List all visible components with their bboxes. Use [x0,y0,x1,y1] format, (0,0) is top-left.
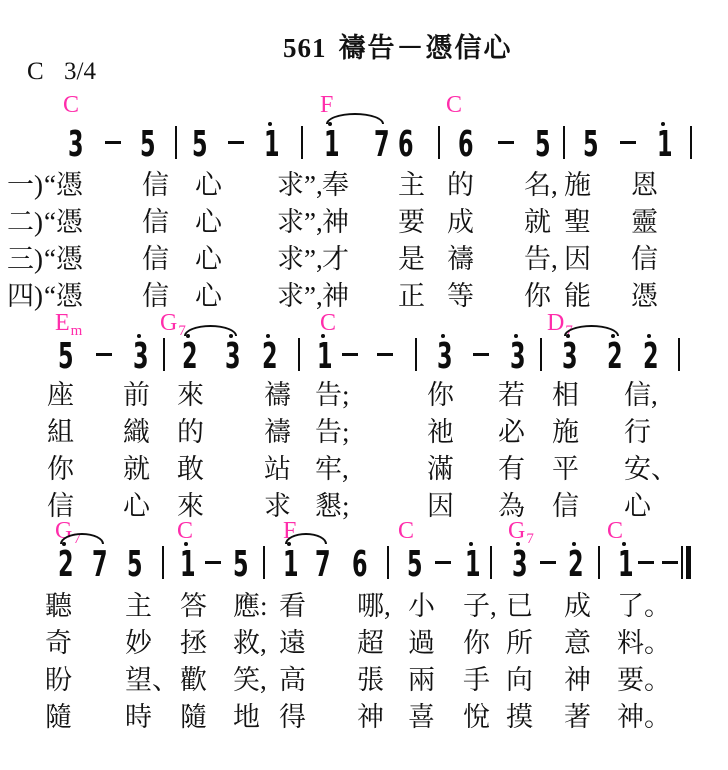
lyric-token: 隨 [45,703,72,731]
lyric-token: 信 [552,492,579,520]
slur-arc [184,325,237,336]
lyric-token: 兩 [408,666,435,694]
bar-line [563,126,565,159]
lyric-token: 的 [177,418,204,446]
lyric-token: 施 [564,171,591,199]
lyric-token: 奉 [322,171,349,199]
octave-dot [321,334,325,338]
note-digit: 7 [92,547,108,583]
lyric-token: 摸 [506,703,533,731]
lyric-token: 恩 [631,171,658,199]
bar-line [690,126,692,159]
chord-label: C [446,93,462,117]
lyric-token: 正 [398,282,425,310]
lyric-token: 得 [279,703,306,731]
lyric-token: 應: [233,592,268,620]
note-digit: 1 [264,127,280,163]
bar-line [162,546,164,579]
lyric-token: 為 [498,492,525,520]
lyric-token: 心 [195,171,222,199]
lyric-token: 成 [447,208,474,236]
hymn-number: 561 [283,33,327,63]
duration-dash [540,561,556,564]
lyric-token: 你 [463,629,490,657]
lyric-token: 站 [264,455,291,483]
lyric-token: 求”, [277,171,323,199]
lyric-token: 必 [498,418,525,446]
octave-dot [137,334,141,338]
lyric-token: 就 [524,208,551,236]
octave-dot [441,334,445,338]
chord-root: G [508,518,525,544]
lyric-token: 等 [447,282,474,310]
note-digit: 3 [225,339,241,375]
lyric-token: 子, [463,592,497,620]
duration-dash [498,141,514,144]
duration-dash [342,353,358,356]
lyric-token: 手 [463,666,490,694]
note-digit: 1 [317,339,333,375]
bar-line [298,338,300,371]
note-digit: 2 [58,547,74,583]
chord-root: C [398,518,414,544]
bar-line [301,126,303,159]
bar-line [263,546,265,579]
octave-dot [647,334,651,338]
lyric-token: “憑 [44,171,83,199]
slur-arc [326,113,384,124]
lyric-token: 聖 [564,208,591,236]
lyric-token: 安、 [624,455,678,483]
lyric-token: 答 [180,592,207,620]
lyric-token: “憑 [44,245,83,273]
lyric-token: 笑, [233,666,267,694]
lyric-token: 料。 [617,629,671,657]
lyric-token: 名, [524,171,558,199]
lyric-token: 望、 [125,666,179,694]
lyric-token: 四) [7,282,43,310]
lyric-token: 憑 [631,282,658,310]
octave-dot [184,542,188,546]
lyric-token: 是 [398,245,425,273]
lyric-token: 信, [624,381,658,409]
lyric-token: 奇 [45,629,72,657]
lyric-token: 神 [564,666,591,694]
lyric-token: 歡 [180,666,207,694]
lyric-token: 著 [564,703,591,731]
note-digit: 5 [407,547,423,583]
chord-root: D [547,310,564,336]
lyric-token: 祂 [427,418,454,446]
lyric-token: 主 [125,592,152,620]
lyric-token: 能 [564,282,591,310]
lyric-token: 若 [498,381,525,409]
lyric-token: 心 [195,208,222,236]
bar-line [415,338,417,371]
chord-label: C [177,519,193,543]
note-digit: 1 [324,127,340,163]
note-digit: 3 [562,339,578,375]
time-signature: 3/4 [64,58,96,86]
key-letter: C [27,58,44,86]
note-digit: 2 [262,339,278,375]
lyric-token: 施 [552,418,579,446]
bar-line [490,546,492,579]
octave-dot [514,334,518,338]
lyric-token: 敢 [177,455,204,483]
lyric-token: 哪, [357,592,391,620]
duration-dash [105,141,121,144]
duration-dash [96,353,112,356]
octave-dot [268,122,272,126]
chord-root: G [160,310,177,336]
note-digit: 7 [374,127,390,163]
lyric-token: 求”, [277,245,323,273]
octave-dot [572,542,576,546]
lyric-token: 時 [125,703,152,731]
note-digit: 7 [315,547,331,583]
lyric-token: 你 [47,455,74,483]
lyric-token: 告; [315,418,350,446]
lyric-token: 主 [398,171,425,199]
lyric-token: 神。 [617,703,671,731]
note-digit: 2 [182,339,198,375]
lyric-token: 信 [142,171,169,199]
lyric-token: 你 [427,381,454,409]
lyric-token: 禱 [264,418,291,446]
note-digit: 2 [607,339,623,375]
duration-dash [638,561,654,564]
chord-label: F [320,93,333,117]
chord-label: C [607,519,623,543]
note-digit: 3 [68,127,84,163]
lyric-token: 平 [552,455,579,483]
lyric-token: 的 [447,171,474,199]
lyric-token: 信 [142,245,169,273]
lyric-token: 牢, [315,455,349,483]
lyric-token: 有 [498,455,525,483]
lyric-token: 才 [322,245,349,273]
lyric-token: 遠 [279,629,306,657]
page-title: 561禱告－憑信心 [283,26,513,65]
lyric-token: 織 [123,418,150,446]
hymn-title: 禱告－憑信心 [339,33,513,63]
lyric-token: 告; [315,381,350,409]
lyric-token: 組 [47,418,74,446]
note-digit: 1 [180,547,196,583]
octave-dot [622,542,626,546]
lyric-token: 禱 [264,381,291,409]
note-digit: 5 [233,547,249,583]
note-digit: 5 [192,127,208,163]
lyric-token: 救, [233,629,267,657]
bar-line [175,126,177,159]
bar-line [387,546,389,579]
note-digit: 6 [352,547,368,583]
bar-line [678,338,680,371]
lyric-token: 心 [195,245,222,273]
duration-dash [435,561,451,564]
chord-root: C [320,310,336,336]
lyric-token: “憑 [44,208,83,236]
lyric-token: 因 [427,492,454,520]
lyric-token: 悅 [463,703,490,731]
note-digit: 5 [583,127,599,163]
duration-dash [228,141,244,144]
duration-dash [473,353,489,356]
lyric-token: 滿 [427,455,454,483]
octave-dot [469,542,473,546]
note-digit: 6 [458,127,474,163]
chord-root: C [177,518,193,544]
bar-line [163,338,165,371]
lyric-token: 成 [564,592,591,620]
note-digit: 1 [657,127,673,163]
note-digit: 3 [437,339,453,375]
final-barline-thick [686,546,691,579]
lyric-token: 要 [398,208,425,236]
duration-dash [377,353,393,356]
lyric-token: 超 [357,629,384,657]
lyric-token: 信 [47,492,74,520]
lyric-token: 向 [506,666,533,694]
lyric-token: 因 [564,245,591,273]
lyric-token: 求”, [277,208,323,236]
lyric-token: 座 [47,381,74,409]
lyric-token: 所 [506,629,533,657]
chord-root: E [55,310,70,336]
duration-dash [662,561,678,564]
lyric-token: 意 [564,629,591,657]
chord-root: C [607,518,623,544]
note-digit: 5 [140,127,156,163]
lyric-token: 盼 [45,666,72,694]
lyric-token: 信 [631,245,658,273]
lyric-token: 神 [322,208,349,236]
lyric-token: 就 [123,455,150,483]
lyric-token: 靈 [631,208,658,236]
duration-dash [205,561,221,564]
lyric-token: 隨 [180,703,207,731]
bar-line [598,546,600,579]
lyric-token: 要。 [617,666,671,694]
lyric-token: 神 [357,703,384,731]
octave-dot [661,122,665,126]
bar-line [540,338,542,371]
note-digit: 1 [283,547,299,583]
lyric-token: 過 [408,629,435,657]
note-digit: 6 [398,127,414,163]
lyric-token: 懇; [315,492,350,520]
lyric-token: 信 [142,208,169,236]
note-digit: 5 [535,127,551,163]
lyric-token: 三) [7,245,43,273]
chord-label: C [398,519,414,543]
lyric-token: 心 [123,492,150,520]
lyric-token: 已 [506,592,533,620]
note-digit: 5 [127,547,143,583]
lyric-token: 拯 [180,629,207,657]
lyric-token: 求 [264,492,291,520]
lyric-token: 禱 [447,245,474,273]
lyric-token: 你 [524,282,551,310]
lyric-token: 來 [177,381,204,409]
lyric-token: 高 [279,666,306,694]
note-digit: 3 [133,339,149,375]
octave-dot [516,542,520,546]
lyric-token: 妙 [125,629,152,657]
note-digit: 2 [568,547,584,583]
lyric-token: 前 [123,381,150,409]
lyric-token: 看 [279,592,306,620]
lyric-token: 二) [7,208,43,236]
lyric-token: 地 [233,703,260,731]
lyric-token: 神 [322,282,349,310]
hymn-sheet: 561禱告－憑信心 C 3/4 CFC35511766551一)“憑信心求”,奉… [0,0,728,770]
chord-label: C [63,93,79,117]
duration-dash [620,141,636,144]
lyric-token: 心 [195,282,222,310]
chord-label: C [320,311,336,335]
lyric-token: 張 [357,666,384,694]
bar-line [438,126,440,159]
note-digit: 1 [465,547,481,583]
note-digit: 5 [58,339,74,375]
lyric-token: “憑 [44,282,83,310]
lyric-token: 告, [524,245,558,273]
lyric-token: 來 [177,492,204,520]
note-digit: 3 [512,547,528,583]
lyric-token: 小 [408,592,435,620]
lyric-token: 喜 [408,703,435,731]
note-digit: 3 [510,339,526,375]
lyric-token: 求”, [277,282,323,310]
final-barline-thin [681,546,683,579]
lyric-token: 行 [624,418,651,446]
lyric-token: 相 [552,381,579,409]
chord-root: C [63,92,79,118]
lyric-token: 一) [7,171,43,199]
lyric-token: 聽 [45,592,72,620]
lyric-token: 心 [624,492,651,520]
note-digit: 2 [643,339,659,375]
lyric-token: 了。 [617,592,671,620]
lyric-token: 信 [142,282,169,310]
chord-root: C [446,92,462,118]
octave-dot [266,334,270,338]
chord-root: F [320,92,333,118]
note-digit: 1 [618,547,634,583]
